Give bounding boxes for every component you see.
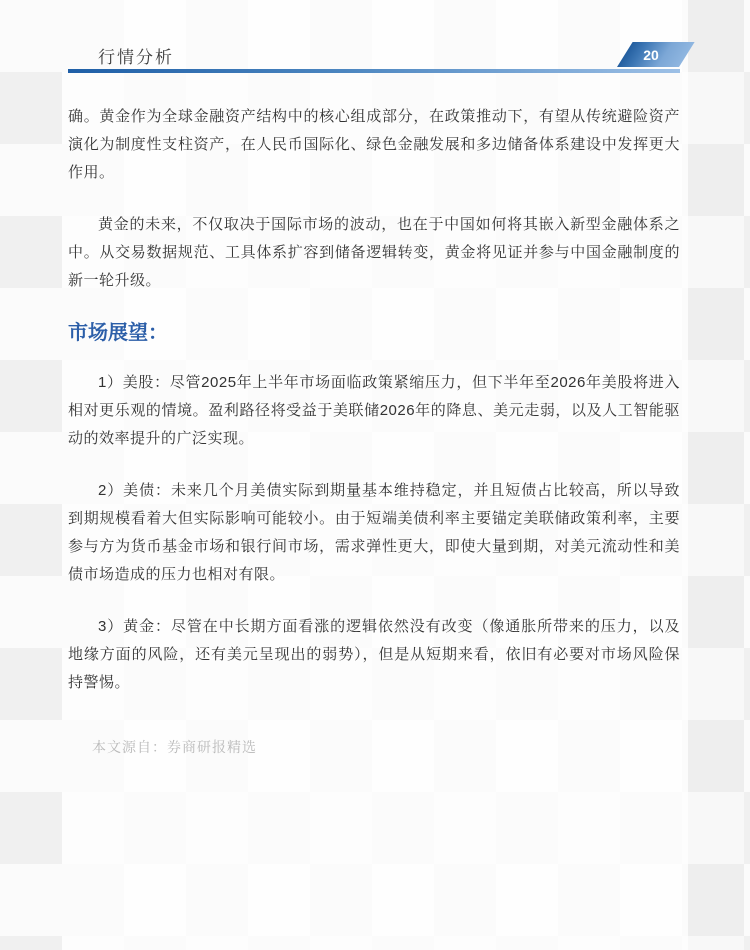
content-area: 确。黄金作为全球金融资产结构中的核心组成部分，在政策推动下，有望从传统避险资产演… (62, 73, 688, 697)
page-title: 行情分析 (98, 43, 174, 68)
paragraph: 黄金的未来，不仅取决于国际市场的波动，也在于中国如何将其嵌入新型金融体系之中。从… (68, 211, 680, 295)
paragraph: 2）美债：未来几个月美债实际到期量基本维持稳定，并且短债占比较高，所以导致到期规… (68, 477, 680, 589)
header-divider (68, 69, 680, 73)
paragraph: 1）美股：尽管2025年上半年市场面临政策紧缩压力，但下半年至2026年美股将进… (68, 369, 680, 453)
document-header: 行情分析 20 (62, 0, 688, 73)
paragraph: 确。黄金作为全球金融资产结构中的核心组成部分，在政策推动下，有望从传统避险资产演… (68, 103, 680, 187)
document-page: 行情分析 20 确。黄金作为全球金融资产结构中的核心组成部分，在政策推动下，有望… (62, 0, 688, 950)
page-number-badge: 20 (617, 42, 679, 67)
page-number: 20 (617, 42, 679, 67)
report-page-background: { "header": { "title": "行情分析", "page_num… (0, 0, 750, 950)
source-attribution: 本文源自：券商研报精选 (92, 737, 688, 757)
section-heading: 市场展望： (68, 319, 680, 347)
paragraph: 3）黄金：尽管在中长期方面看涨的逻辑依然没有改变（像通胀所带来的压力，以及地缘方… (68, 613, 680, 697)
